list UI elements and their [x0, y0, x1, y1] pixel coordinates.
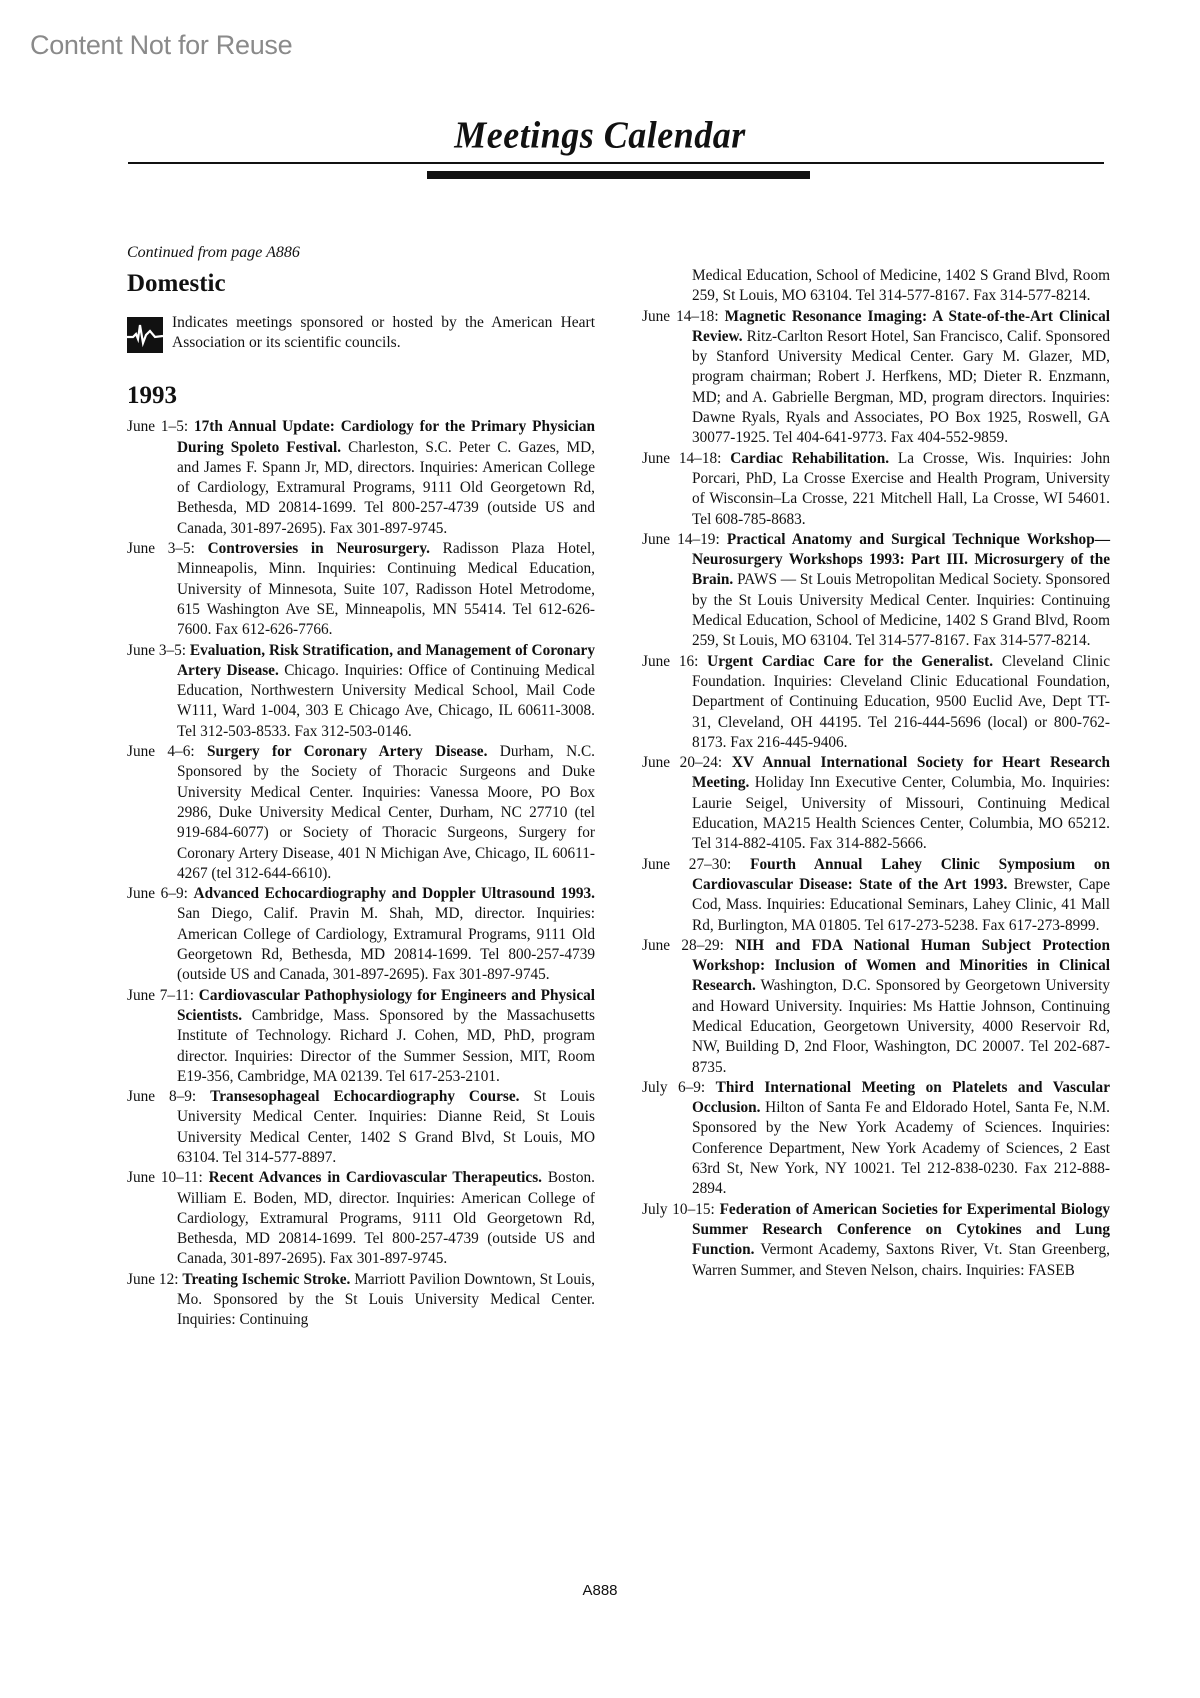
meeting-date: June 10–11: [127, 1169, 203, 1186]
meeting-date: June 7–11: [127, 987, 194, 1004]
legend: Indicates meetings sponsored or hosted b… [127, 313, 595, 353]
meeting-date: June 14–18: [642, 450, 721, 467]
meeting-entry: June 3–5: Controversies in Neurosurgery.… [127, 539, 595, 640]
meeting-date: June 27–30: [642, 856, 731, 873]
meeting-details: Ritz-Carlton Resort Hotel, San Francisco… [692, 328, 1110, 446]
meeting-entry: July 6–9: Third International Meeting on… [642, 1078, 1110, 1200]
meeting-entry: June 20–24: XV Annual International Soci… [642, 753, 1110, 854]
meeting-entry: June 4–6: Surgery for Coronary Artery Di… [127, 742, 595, 884]
meeting-date: June 1–5: [127, 418, 188, 435]
year-heading: 1993 [127, 381, 595, 411]
meeting-entry: June 1–5: 17th Annual Update: Cardiology… [127, 417, 595, 539]
meeting-title: Advanced Echocardiography and Doppler Ul… [194, 885, 595, 902]
meeting-entry: June 14–19: Practical Anatomy and Surgic… [642, 530, 1110, 652]
left-entry-list: June 1–5: 17th Annual Update: Cardiology… [127, 417, 595, 1330]
meeting-date: June 16: [642, 653, 698, 670]
meeting-entry: June 10–11: Recent Advances in Cardiovas… [127, 1168, 595, 1269]
right-column: Medical Education, School of Medicine, 1… [642, 266, 1110, 1281]
meeting-entry: June 6–9: Advanced Echocardiography and … [127, 884, 595, 985]
meeting-date: July 6–9: [642, 1079, 705, 1096]
meeting-date: June 4–6: [127, 743, 195, 760]
meeting-details: San Diego, Calif. Pravin M. Shah, MD, di… [177, 905, 595, 983]
meeting-date: June 20–24: [642, 754, 722, 771]
meeting-details: Durham, N.C. Sponsored by the Society of… [177, 743, 595, 882]
meeting-details: PAWS — St Louis Metropolitan Medical Soc… [692, 571, 1110, 649]
meeting-title: Recent Advances in Cardiovascular Therap… [209, 1169, 542, 1186]
aha-heartbeat-icon [127, 317, 163, 353]
meeting-entry: June 16: Urgent Cardiac Care for the Gen… [642, 652, 1110, 753]
meeting-entry: July 10–15: Federation of American Socie… [642, 1200, 1110, 1281]
meeting-entry: June 28–29: NIH and FDA National Human S… [642, 936, 1110, 1078]
meeting-title: Transesophageal Echocardiography Course. [210, 1088, 519, 1105]
left-column: Continued from page A886 Domestic Indica… [127, 243, 595, 1331]
meeting-date: June 6–9: [127, 885, 188, 902]
title-rule-thin [128, 162, 1104, 164]
meeting-date: June 8–9: [127, 1088, 196, 1105]
meeting-entry: June 14–18: Cardiac Rehabilitation. La C… [642, 449, 1110, 530]
meeting-entry: June 3–5: Evaluation, Risk Stratificatio… [127, 641, 595, 742]
meeting-date: June 14–19: [642, 531, 720, 548]
meeting-entry: June 12: Treating Ischemic Stroke. Marri… [127, 1270, 595, 1331]
continued-entry-text: Medical Education, School of Medicine, 1… [642, 266, 1110, 307]
meeting-entry: June 27–30: Fourth Annual Lahey Clinic S… [642, 855, 1110, 936]
section-heading: Domestic [127, 269, 595, 299]
meeting-entry: June 8–9: Transesophageal Echocardiograp… [127, 1087, 595, 1168]
meeting-entry: June 7–11: Cardiovascular Pathophysiolog… [127, 986, 595, 1087]
meeting-entry: June 14–18: Magnetic Resonance Imaging: … [642, 307, 1110, 449]
title-rule-thick [427, 171, 810, 179]
watermark: Content Not for Reuse [30, 30, 292, 61]
meeting-title: Treating Ischemic Stroke. [182, 1271, 350, 1288]
page-number: A888 [0, 1582, 1200, 1599]
meeting-date: July 10–15: [642, 1201, 715, 1218]
continued-note: Continued from page A886 [127, 243, 595, 263]
meeting-date: June 3–5: [127, 642, 186, 659]
meeting-details: Vermont Academy, Saxtons River, Vt. Stan… [692, 1241, 1110, 1278]
meeting-title: Controversies in Neurosurgery. [208, 540, 430, 557]
page-title: Meetings Calendar [0, 113, 1200, 157]
meeting-date: June 28–29: [642, 937, 724, 954]
meeting-title: Cardiac Rehabilitation. [730, 450, 889, 467]
right-entry-list: June 14–18: Magnetic Resonance Imaging: … [642, 307, 1110, 1281]
meeting-title: Urgent Cardiac Care for the Generalist. [707, 653, 993, 670]
legend-text: Indicates meetings sponsored or hosted b… [172, 313, 595, 353]
meeting-date: June 3–5: [127, 540, 195, 557]
meeting-title: Surgery for Coronary Artery Disease. [207, 743, 487, 760]
meeting-details: Holiday Inn Executive Center, Columbia, … [692, 774, 1110, 852]
meeting-date: June 14–18: [642, 308, 719, 325]
meeting-date: June 12: [127, 1271, 178, 1288]
